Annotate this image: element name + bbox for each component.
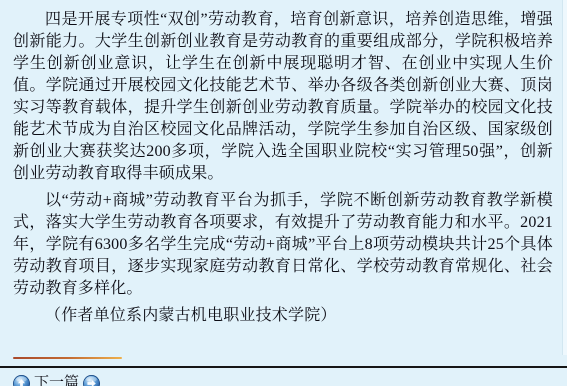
next-article-label: 下一篇 (32, 374, 81, 386)
footer-divider (0, 366, 567, 368)
footer-nav: 下一篇 (0, 372, 567, 386)
article-body: 四是开展专项性“双创”劳动教育，培育创新意识，培养创造思维，增强创新能力。大学生… (0, 0, 567, 327)
right-arrow-icon[interactable] (83, 375, 100, 386)
page: { "page": { "background_color": "#e1f2fa… (0, 0, 567, 386)
paragraph-2: 以“劳动+商城”劳动教育平台为抓手，学院不断创新劳动教育教学新模式，落实大学生劳… (13, 190, 553, 300)
accent-divider (13, 357, 122, 359)
article-page: 四是开展专项性“双创”劳动教育，培育创新意识，培养创造思维，增强创新能力。大学生… (0, 0, 567, 386)
page-right-edge (562, 0, 567, 355)
author-note: （作者单位系内蒙古机电职业技术学院） (13, 305, 553, 327)
paragraph-1: 四是开展专项性“双创”劳动教育，培育创新意识，培养创造思维，增强创新能力。大学生… (13, 9, 553, 185)
next-article-link[interactable]: 下一篇 (13, 374, 100, 386)
up-arrow-icon[interactable] (13, 375, 30, 386)
